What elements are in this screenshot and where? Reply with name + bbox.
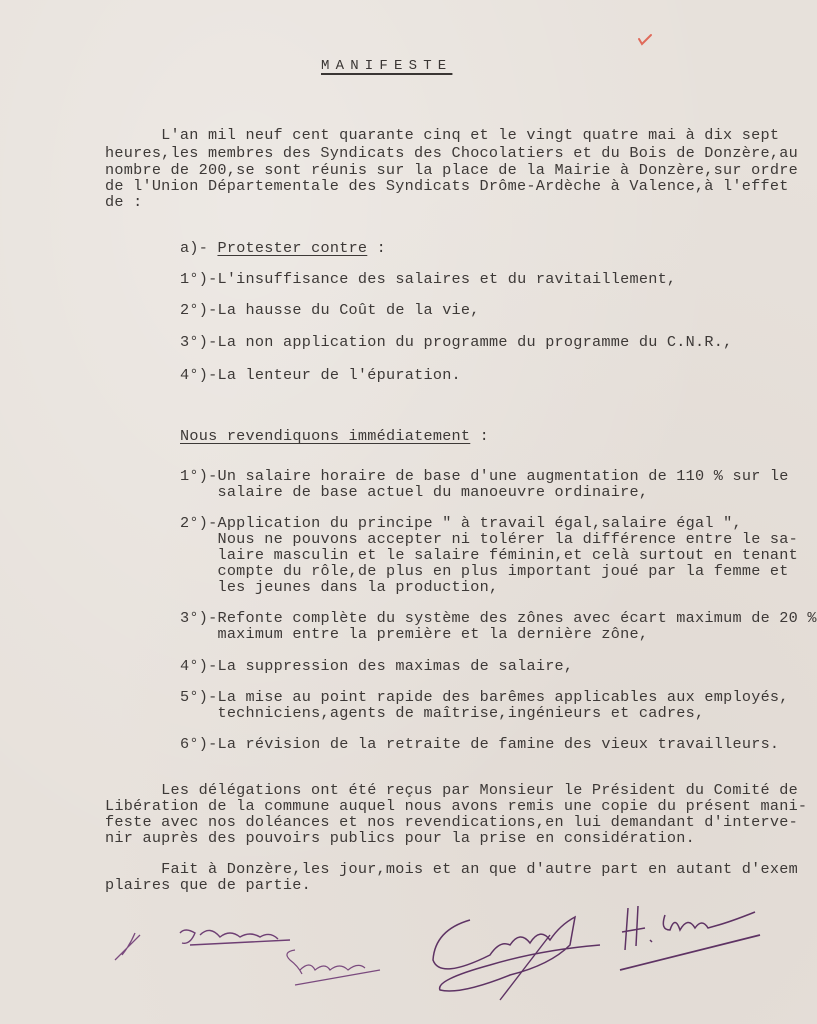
section-b-suffix: : — [470, 427, 489, 445]
section-a-title: Protester contre — [217, 239, 367, 257]
intro-line: L'an mil neuf cent quarante cinq et le v… — [105, 127, 779, 144]
closing-line: nir auprès des pouvoirs publics pour la … — [105, 830, 695, 847]
demand-item-line: techniciens,agents de maîtrise,ingénieur… — [180, 705, 704, 722]
intro-line: heures,les membres des Syndicats des Cho… — [105, 145, 798, 162]
section-b-heading: Nous revendiquons immédiatement : — [180, 428, 489, 445]
protest-item: 1°)-L'insuffisance des salaires et du ra… — [180, 271, 676, 288]
section-a-prefix: a)- — [180, 239, 217, 257]
section-a-heading: a)- Protester contre : — [180, 240, 386, 257]
protest-item: 4°)-La lenteur de l'épuration. — [180, 367, 461, 384]
document-title: MANIFESTE — [321, 58, 452, 74]
section-a-suffix: : — [367, 239, 386, 257]
protest-item: 2°)-La hausse du Coût de la vie, — [180, 302, 480, 319]
demand-item-line: 6°)-La révision de la retraite de famine… — [180, 736, 779, 753]
intro-line: de : — [105, 194, 142, 211]
signature-h-lemi — [600, 900, 770, 990]
red-check-mark-icon — [637, 32, 653, 46]
fait-line: plaires que de partie. — [105, 877, 311, 894]
signature-lemierre — [240, 940, 390, 990]
section-b-title: Nous revendiquons immédiatement — [180, 427, 470, 445]
intro-line: de l'Union Départementale des Syndicats … — [105, 178, 789, 195]
demand-item-line: salaire de base actuel du manoeuvre ordi… — [180, 484, 648, 501]
demand-item-line: 4°)-La suppression des maximas de salair… — [180, 658, 573, 675]
demand-item-line: maximum entre la première et la dernière… — [180, 626, 648, 643]
protest-item: 3°)-La non application du programme du p… — [180, 334, 732, 351]
demand-item-line: les jeunes dans la production, — [180, 579, 498, 596]
